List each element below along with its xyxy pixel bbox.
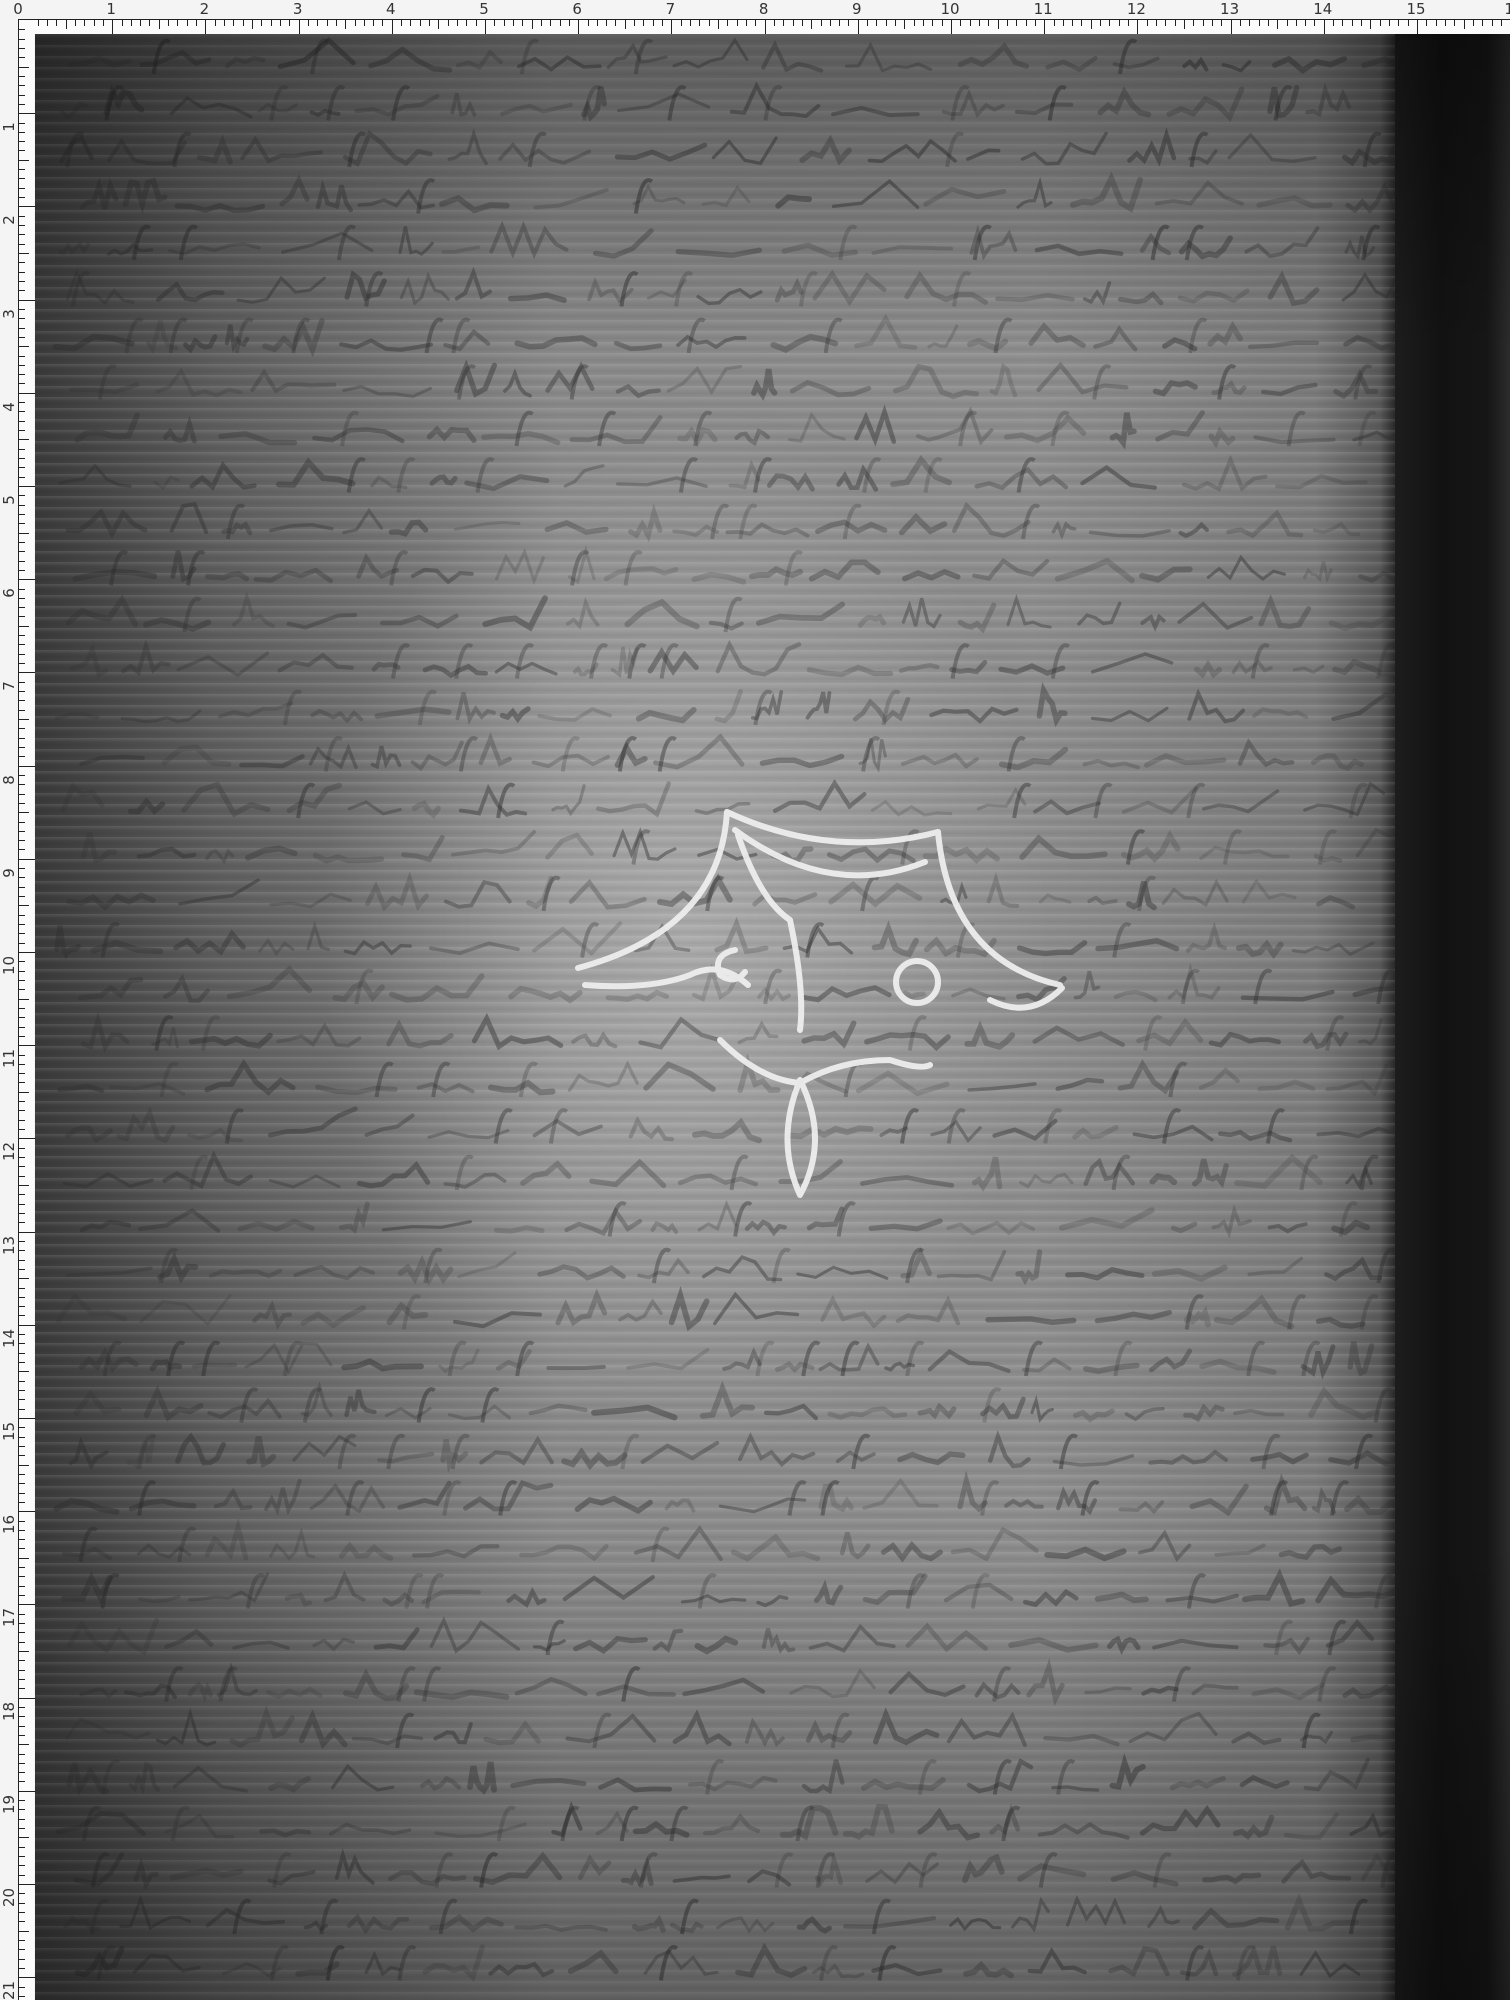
ruler-tick [19, 290, 25, 291]
ruler-left-label: 11 [0, 1050, 18, 1068]
ruler-tick [466, 20, 467, 26]
ruler-tick [19, 1166, 25, 1167]
ruler-tick [19, 1632, 25, 1633]
ruler-tick [19, 1082, 25, 1083]
ruler-tick [19, 905, 29, 906]
ruler-tick [19, 1670, 25, 1671]
ruler-tick [19, 1875, 25, 1876]
ruler-tick [317, 20, 318, 26]
ruler-tick [19, 253, 29, 254]
ruler-tick [19, 1660, 25, 1661]
ruler-top-label: 1 [106, 0, 116, 18]
ruler-left-label: 6 [0, 584, 18, 602]
ruler-tick [19, 495, 25, 496]
ruler-left-label: 15 [0, 1423, 18, 1441]
ruler-tick [19, 1548, 25, 1549]
ruler-tick [19, 1772, 25, 1773]
ruler-tick [19, 1232, 35, 1233]
drawing-left-curve [578, 812, 727, 968]
ruler-tick [1454, 20, 1455, 26]
ruler-tick [19, 868, 25, 869]
ruler-tick [1016, 20, 1017, 26]
ruler-top-label: 12 [1127, 0, 1146, 18]
ruler-tick [19, 1511, 35, 1512]
ruler-tick [802, 20, 803, 26]
ruler-tick [1342, 20, 1343, 26]
ruler-tick [19, 822, 25, 823]
ruler-tick [19, 887, 25, 888]
ruler-tick [19, 1036, 25, 1037]
ruler-tick [19, 915, 25, 916]
ruler-tick [1165, 20, 1166, 26]
ruler-tick [569, 20, 570, 26]
ruler-tick [19, 859, 35, 860]
ruler-tick [19, 206, 35, 207]
ruler-tick [19, 1362, 25, 1363]
ruler-tick [19, 561, 25, 562]
ruler-tick [727, 20, 728, 26]
ruler-tick [1268, 20, 1269, 26]
ruler-tick [19, 1008, 25, 1009]
ruler-tick [783, 20, 784, 26]
ruler-tick [858, 20, 859, 35]
ruler-tick [19, 616, 25, 617]
ruler-tick [634, 20, 635, 26]
ruler-tick [19, 430, 25, 431]
ruler-tick [19, 989, 25, 990]
ruler-tick [19, 132, 25, 133]
ruler-tick [1109, 20, 1110, 26]
ruler-tick [19, 1474, 25, 1475]
ruler-tick [19, 1278, 29, 1279]
ruler-tick [19, 1297, 25, 1298]
ruler-tick [19, 1567, 25, 1568]
ruler-tick [19, 1353, 25, 1354]
ruler-left-label: 4 [0, 398, 18, 416]
ruler-tick [19, 197, 25, 198]
ruler-tick [66, 20, 67, 29]
ruler-tick [1081, 20, 1082, 26]
ruler-tick [19, 654, 25, 655]
ruler-tick [420, 20, 421, 26]
ruler-tick [1370, 20, 1371, 29]
ruler-tick [19, 309, 25, 310]
ruler-tick [19, 1157, 25, 1158]
ruler-tick [177, 20, 178, 26]
ruler-tick [643, 20, 644, 26]
ruler-tick [149, 20, 150, 26]
ruler-tick [19, 216, 25, 217]
ruler-tick [1054, 20, 1055, 26]
ruler-tick [457, 20, 458, 26]
ruler-tick [345, 20, 346, 29]
ruler-top-label: 3 [293, 0, 303, 18]
ruler-tick [19, 1819, 25, 1820]
ruler-tick [19, 1912, 25, 1913]
ruler-tick [19, 225, 25, 226]
ruler-tick [19, 1055, 25, 1056]
ruler-tick [224, 20, 225, 26]
ruler-tick [19, 29, 25, 30]
ruler-tick [103, 20, 104, 26]
ruler-left-label: 17 [0, 1609, 18, 1627]
ruler-tick [19, 1707, 25, 1708]
ruler-tick [746, 20, 747, 26]
ruler-tick [1417, 20, 1418, 35]
ruler-top-label: 10 [940, 0, 959, 18]
ruler-tick [19, 1446, 25, 1447]
ruler-tick [19, 1968, 25, 1969]
drawing-top-arc [727, 812, 938, 842]
ruler-tick [19, 1045, 35, 1046]
ruler-tick [19, 663, 25, 664]
ruler-tick [410, 20, 411, 26]
ruler-tick [19, 1381, 25, 1382]
ruler-tick [19, 1921, 25, 1922]
ruler-top-label: 5 [479, 0, 489, 18]
ruler-tick [261, 20, 262, 26]
ruler-tick [19, 1148, 25, 1149]
ruler-tick [1352, 20, 1353, 26]
ruler-tick [960, 20, 961, 26]
ruler-tick [392, 20, 393, 35]
ruler-tick [19, 1726, 25, 1727]
ruler-tick [1473, 20, 1474, 26]
ruler-tick [19, 1493, 25, 1494]
ruler-tick [19, 113, 35, 114]
ruler-tick [606, 20, 607, 26]
ruler-tick [19, 999, 29, 1000]
ruler-tick [19, 458, 25, 459]
ruler-tick [19, 1120, 25, 1121]
ruler-top-label: 2 [200, 0, 210, 18]
ruler-left-label: 18 [0, 1703, 18, 1721]
ruler-tick [19, 1288, 25, 1289]
ruler-tick [19, 1679, 25, 1680]
ruler-tick [19, 477, 25, 478]
ruler-tick [94, 20, 95, 26]
ruler-tick [476, 20, 477, 26]
ruler-tick [699, 20, 700, 26]
ruler-tick [1100, 20, 1101, 26]
ruler-top-label: 6 [572, 0, 582, 18]
ruler-tick [252, 20, 253, 29]
ruler-tick [19, 1343, 25, 1344]
ruler-tick [793, 20, 794, 26]
ruler-tick [1408, 20, 1409, 26]
ruler-tick [19, 1204, 25, 1205]
ruler-tick [19, 1809, 25, 1810]
ruler-tick [19, 1539, 25, 1540]
drawing-lozenge [788, 1080, 816, 1195]
ruler-tick [19, 1427, 25, 1428]
ruler-tick [19, 1977, 35, 1978]
ruler-tick [373, 20, 374, 26]
ruler-tick [1296, 20, 1297, 26]
ruler-tick [19, 1828, 25, 1829]
ruler-tick [19, 1306, 25, 1307]
ruler-tick [19, 598, 25, 599]
ruler-tick [1482, 20, 1483, 26]
ruler-tick [615, 20, 616, 26]
ruler-tick [19, 980, 25, 981]
ruler-tick [19, 570, 25, 571]
ruler-tick [448, 20, 449, 26]
ruler-tick [19, 1213, 25, 1214]
ruler-tick [19, 1735, 25, 1736]
ruler-tick [47, 20, 48, 26]
ruler-tick [19, 244, 25, 245]
ruler-tick [19, 533, 29, 534]
ruler-tick [19, 318, 25, 319]
ruler-tick [19, 877, 25, 878]
ruler-tick [1464, 20, 1465, 29]
ruler-tick [494, 20, 495, 26]
ruler-tick [979, 20, 980, 26]
ruler-tick [19, 48, 25, 49]
ruler-tick [289, 20, 290, 26]
ruler-tick [19, 1931, 29, 1932]
ruler-left-label: 20 [0, 1889, 18, 1907]
ruler-tick [122, 20, 123, 26]
ruler-tick [19, 150, 25, 151]
ruler-tick [839, 20, 840, 26]
ruler-tick [1380, 20, 1381, 26]
ruler-tick [19, 1315, 25, 1316]
ruler-tick [19, 1483, 25, 1484]
ruler-tick [19, 1716, 25, 1717]
ruler-tick [1445, 20, 1446, 26]
ruler-tick [187, 20, 188, 26]
ruler-tick [19, 337, 25, 338]
ruler-tick [19, 123, 25, 124]
ruler-tick [19, 486, 35, 487]
ruler-tick [19, 1409, 25, 1410]
ruler-tick [19, 1987, 25, 1988]
drawing-right-curve [938, 832, 1060, 985]
ruler-tick [532, 20, 533, 29]
ruler-tick [1259, 20, 1260, 26]
ruler-tick [932, 20, 933, 26]
ruler-tick [1240, 20, 1241, 26]
ruler-left-label: 12 [0, 1143, 18, 1161]
ruler-tick [830, 20, 831, 26]
ruler-tick [19, 1642, 25, 1643]
ruler-tick [19, 1502, 25, 1503]
ruler-tick [988, 20, 989, 26]
ruler-left-label: 10 [0, 957, 18, 975]
ruler-tick [1314, 20, 1315, 26]
ruler-tick [876, 20, 877, 26]
ruler-tick [19, 1763, 25, 1764]
ruler-tick [1287, 20, 1288, 26]
ruler-tick [1072, 20, 1073, 26]
ruler-tick [19, 775, 25, 776]
ruler-tick [970, 20, 971, 26]
ruler-tick [560, 20, 561, 26]
ruler-tick [19, 943, 25, 944]
ruler-tick [19, 281, 25, 282]
ruler-tick [131, 20, 132, 26]
ruler-tick [19, 971, 25, 972]
ruler-tick [19, 365, 25, 366]
ruler-tick [19, 1110, 25, 1111]
ruler-tick [1361, 20, 1362, 26]
ruler-tick [19, 626, 29, 627]
ruler-tick [19, 728, 25, 729]
ruler-tick [19, 411, 25, 412]
ruler-tick [308, 20, 309, 26]
ruler-left-label: 14 [0, 1330, 18, 1348]
ruler-tick [19, 1064, 25, 1065]
ruler-tick [19, 1325, 35, 1326]
ruler-tick [550, 20, 551, 26]
ruler-tick [19, 439, 29, 440]
ruler-tick [19, 1837, 29, 1838]
ruler-tick [19, 374, 25, 375]
ruler-tick [243, 20, 244, 26]
ruler-tick [19, 1754, 25, 1755]
ruler-tick [1044, 20, 1045, 35]
ruler-tick [19, 719, 29, 720]
ruler-tick [19, 672, 35, 673]
ruler-tick [19, 1455, 25, 1456]
ruler-tick [84, 20, 85, 26]
ruler-tick [1398, 20, 1399, 26]
ruler-tick [19, 1185, 29, 1186]
ruler-tick [19, 1334, 25, 1335]
ruler-tick [19, 39, 25, 40]
ruler-tick [140, 20, 141, 26]
drawing-inner-arc [735, 830, 925, 875]
ruler-tick [998, 20, 999, 29]
ruler-tick [541, 20, 542, 26]
ruler-left-label: 16 [0, 1516, 18, 1534]
ruler-tick [1492, 20, 1493, 26]
drawing-mid-v [720, 1040, 930, 1083]
ruler-tick [19, 300, 35, 301]
ruler-tick [1137, 20, 1138, 35]
ruler-tick [299, 20, 300, 35]
ruler-tick [19, 700, 25, 701]
ruler-tick [886, 20, 887, 26]
ruler-tick [19, 831, 25, 832]
ruler-tick [904, 20, 905, 29]
ruler-left-label: 8 [0, 771, 18, 789]
ruler-tick [19, 1530, 25, 1531]
ruler-left [18, 19, 34, 2000]
ruler-tick [19, 1996, 25, 1997]
ruler-tick [1193, 20, 1194, 26]
ruler-left-label: 1 [0, 118, 18, 136]
ruler-top-label: 11 [1034, 0, 1053, 18]
ruler-tick [19, 1418, 35, 1419]
ruler-tick [522, 20, 523, 26]
ruler-tick [19, 803, 25, 804]
ruler-tick [19, 234, 25, 235]
ruler-tick [914, 20, 915, 26]
ruler-tick [56, 20, 57, 26]
ruler-tick [19, 523, 25, 524]
ruler-tick [513, 20, 514, 26]
ruler-top-label: 1 [1504, 0, 1510, 18]
ruler-tick [19, 1129, 25, 1130]
drawing-circle [896, 961, 938, 1003]
ruler-top-label: 4 [386, 0, 396, 18]
ruler-tick [19, 1558, 29, 1559]
ruler-tick [19, 1698, 35, 1699]
ruler-tick [438, 20, 439, 29]
ruler-tick [681, 20, 682, 26]
ruler-tick [19, 896, 25, 897]
ruler-tick [19, 1595, 25, 1596]
ruler-tick [19, 542, 25, 543]
ruler-tick [19, 1865, 25, 1866]
ruler-tick [19, 1688, 25, 1689]
ruler-top-label: 8 [759, 0, 769, 18]
ruler-tick [75, 20, 76, 26]
ruler-tick [19, 421, 25, 422]
ruler-tick [19, 467, 25, 468]
ruler-tick [19, 607, 25, 608]
ruler-tick [19, 1222, 25, 1223]
ruler-tick [653, 20, 654, 26]
ruler-left-label: 3 [0, 305, 18, 323]
ruler-tick [774, 20, 775, 26]
ruler-tick [19, 505, 25, 506]
ruler-tick [1203, 20, 1204, 26]
ruler-top-label: 13 [1220, 0, 1239, 18]
ruler-tick [19, 1390, 25, 1391]
ruler-left-label: 5 [0, 491, 18, 509]
ruler-tick [233, 20, 234, 26]
ruler-tick [19, 1576, 25, 1577]
ruler-tick [19, 1884, 35, 1885]
ruler-tick [895, 20, 896, 26]
ruler-tick [1063, 20, 1064, 26]
ruler-tick [19, 794, 25, 795]
ruler-tick [19, 1781, 25, 1782]
ruler-tick [1389, 20, 1390, 26]
ruler-tick [19, 85, 25, 86]
ruler-tick [737, 20, 738, 26]
ruler-top-label: 0 [13, 0, 23, 18]
ruler-tick [19, 67, 29, 68]
ruler-tick [19, 644, 25, 645]
ruler-tick [1091, 20, 1092, 29]
ruler-tick [19, 1465, 29, 1466]
ruler-tick [942, 20, 943, 26]
ruler-tick [38, 20, 39, 26]
ruler-tick [19, 514, 25, 515]
ruler-tick [1212, 20, 1213, 26]
ruler-tick [19, 402, 25, 403]
ruler-tick [1249, 20, 1250, 26]
ruler-tick [1324, 20, 1325, 35]
ruler-tick [19, 1856, 25, 1857]
ruler-tick [19, 262, 25, 263]
ruler-tick [19, 328, 25, 329]
ruler-tick [19, 346, 29, 347]
ruler-tick [671, 20, 672, 35]
ruler-tick [364, 20, 365, 26]
ruler-tick [19, 1399, 25, 1400]
ruler-tick [19, 1250, 25, 1251]
ruler-tick [19, 76, 25, 77]
ruler-tick [19, 933, 25, 934]
ruler-tick [19, 160, 29, 161]
ruler-tick [19, 1903, 25, 1904]
